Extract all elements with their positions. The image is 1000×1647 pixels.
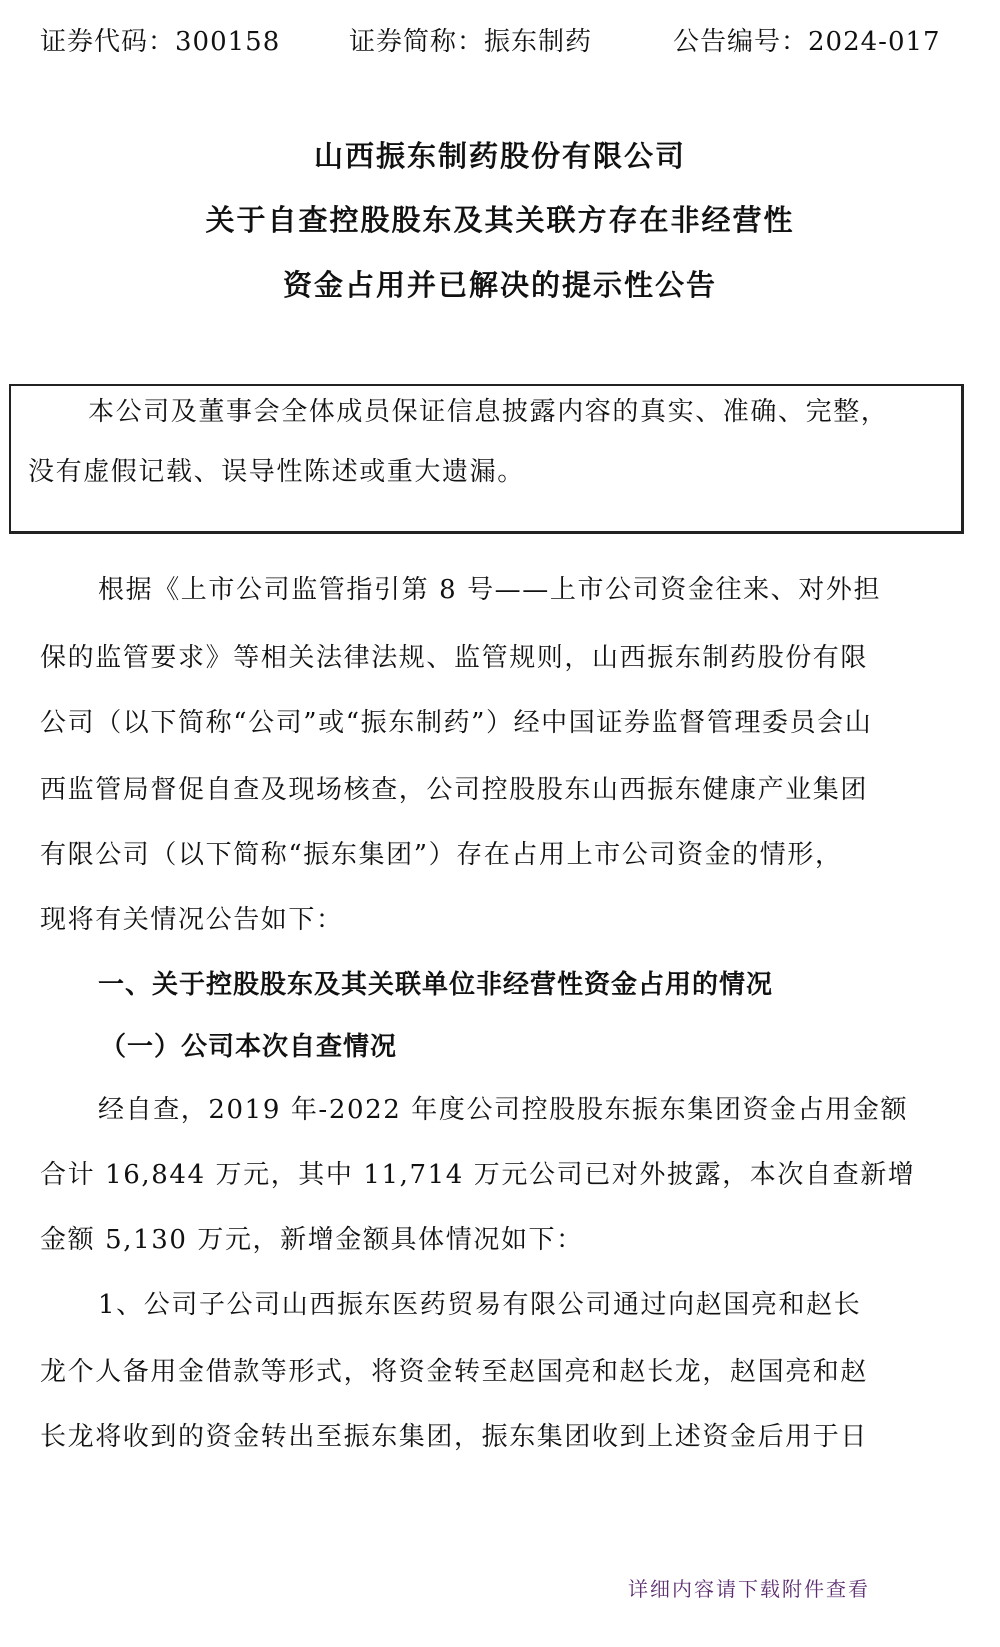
summary-line: 金额 5,130 万元，新增金额具体情况如下：	[40, 1220, 584, 1260]
announcement-number: 公告编号：2024-017	[673, 22, 941, 62]
title-line-type: 资金占用并已解决的提示性公告	[0, 265, 1000, 305]
summary-line: 经自查，2019 年-2022 年度公司控股股东振东集团资金占用金额	[98, 1090, 908, 1130]
intro-line: 西监管局督促自查及现场核查，公司控股股东山西振东健康产业集团	[40, 770, 868, 810]
subsection-heading: （一）公司本次自查情况	[100, 1027, 397, 1067]
stock-short-name: 证券简称：振东制药	[349, 22, 592, 62]
stock-code: 证券代码：300158	[40, 22, 280, 62]
intro-line: 根据《上市公司监管指引第 8 号——上市公司资金往来、对外担	[98, 570, 881, 610]
title-line-subject: 关于自查控股股东及其关联方存在非经营性	[0, 200, 1000, 240]
statement-line: 没有虚假记载、误导性陈述或重大遗漏。	[28, 452, 525, 492]
item-line: 龙个人备用金借款等形式，将资金转至赵国亮和赵长龙，赵国亮和赵	[40, 1352, 868, 1392]
intro-line: 公司（以下简称“公司”或“振东制药”）经中国证券监督管理委员会山	[40, 703, 872, 743]
section-heading: 一、关于控股股东及其关联单位非经营性资金占用的情况	[98, 965, 773, 1005]
item-line: 1、公司子公司山西振东医药贸易有限公司通过向赵国亮和赵长	[98, 1285, 861, 1325]
item-line: 长龙将收到的资金转出至振东集团，振东集团收到上述资金后用于日	[40, 1417, 868, 1457]
download-attachment-link[interactable]: 详细内容请下载附件查看	[628, 1574, 870, 1604]
summary-line: 合计 16,844 万元，其中 11,714 万元公司已对外披露，本次自查新增	[40, 1155, 915, 1195]
title-line-company: 山西振东制药股份有限公司	[0, 136, 1000, 176]
announcement-header: 证券代码：300158 证券简称：振东制药 公告编号：2024-017	[40, 22, 970, 62]
intro-line: 现将有关情况公告如下：	[40, 900, 344, 940]
statement-line: 本公司及董事会全体成员保证信息披露内容的真实、准确、完整，	[88, 392, 888, 432]
intro-line: 有限公司（以下简称“振东集团”）存在占用上市公司资金的情形，	[40, 835, 843, 875]
intro-line: 保的监管要求》等相关法律法规、监管规则，山西振东制药股份有限	[40, 638, 868, 678]
